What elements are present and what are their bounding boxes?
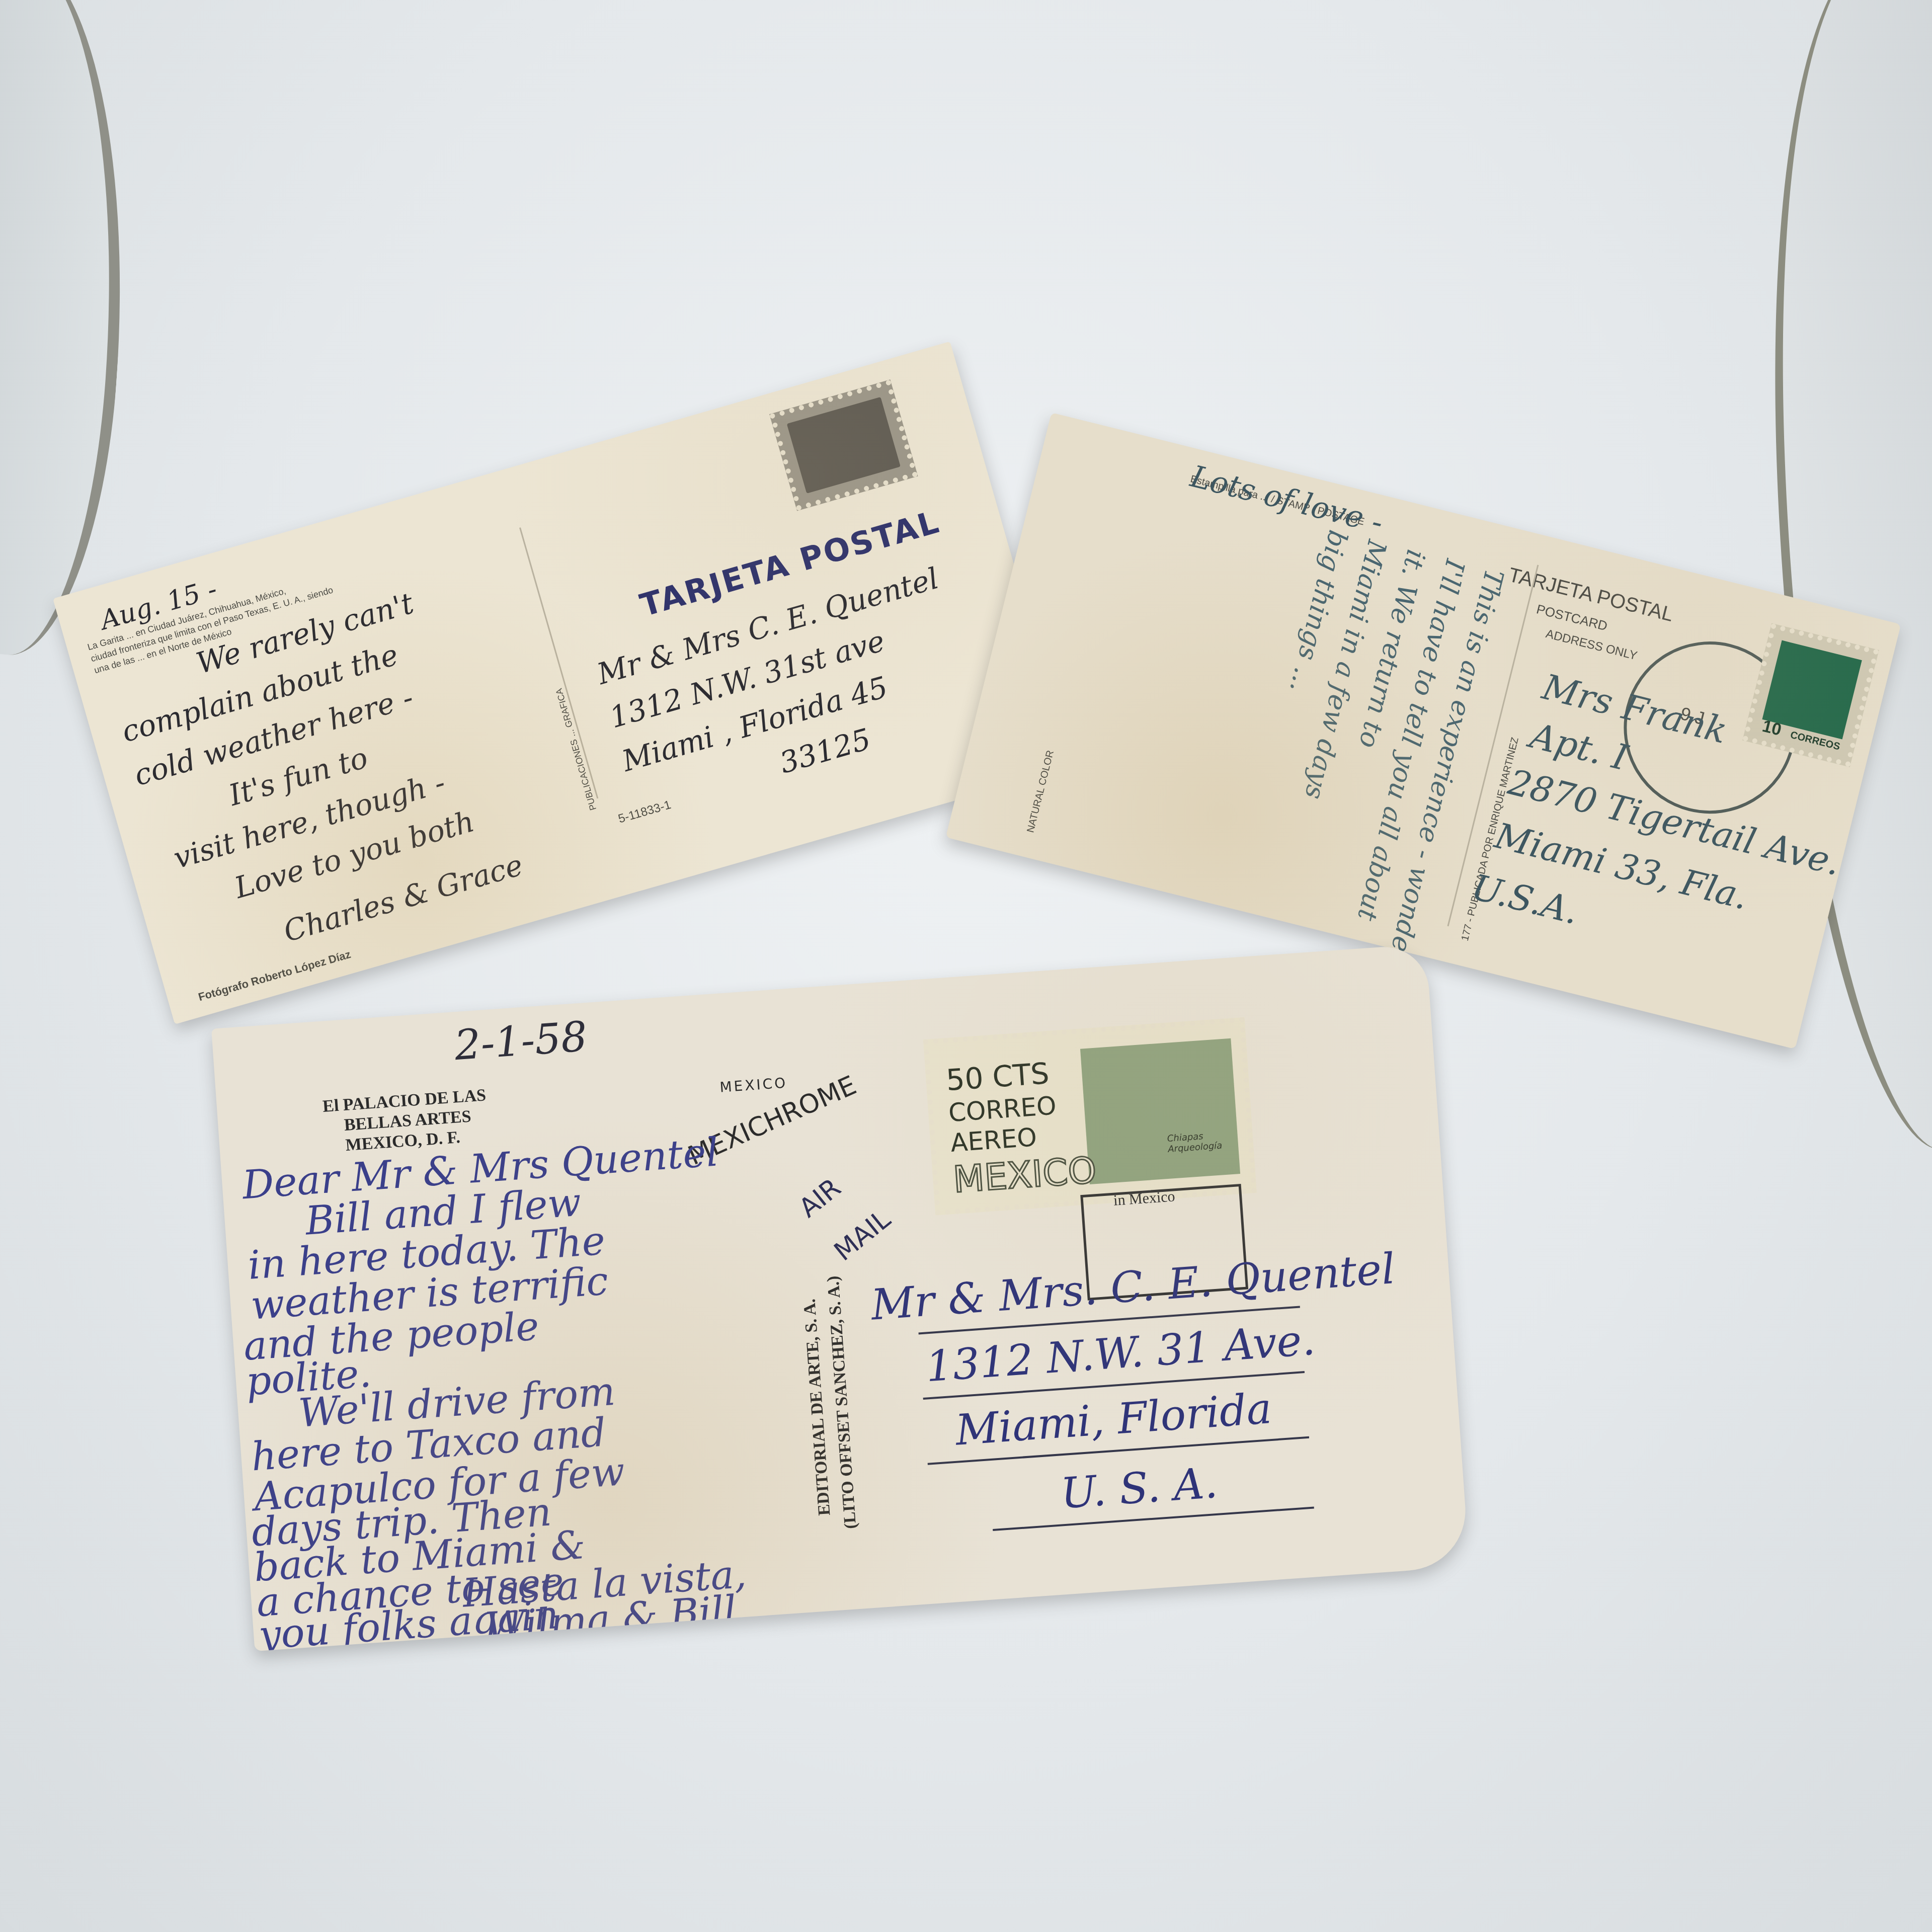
stamp-text: AEREO <box>949 1122 1037 1158</box>
address-country: U.S.A. <box>1468 866 1583 933</box>
photographer-credit: Fotógrafo Roberto López Díaz <box>197 948 352 1004</box>
backdrop-fold <box>0 0 146 661</box>
divider-line <box>519 527 598 798</box>
card-caption: El PALACIO DE LAS BELLAS ARTES MEXICO, D… <box>322 1085 490 1157</box>
card-code: 5-11833-1 <box>617 799 672 826</box>
stamp-country: MEXICO <box>952 1149 1098 1201</box>
address-line: 1312 N.W. 31 Ave. <box>924 1315 1317 1392</box>
stamp-text: CORREO <box>947 1091 1057 1128</box>
printed-in-label: in Mexico <box>1113 1188 1176 1209</box>
stamp-value: 50 CTS <box>945 1056 1050 1097</box>
stamp-portrait <box>1080 1038 1240 1184</box>
brand-logo-text: MEXICO <box>719 1074 788 1095</box>
airmail-label: AIR <box>793 1173 846 1224</box>
airmail-label: MAIL <box>829 1204 897 1267</box>
address-country: U. S. A. <box>1059 1458 1219 1518</box>
message-header: Lots of love - <box>1187 459 1387 541</box>
postage-stamp <box>769 379 918 511</box>
stamp-image <box>787 397 901 494</box>
postcard-charles-grace: La Garita ... en Ciudad Juárez, Chihuahu… <box>53 342 1072 1024</box>
postcard-mrs-frank: Estampilla para ... / STAMP / POSTAGE Lo… <box>946 413 1901 1049</box>
message-date: 2-1-58 <box>453 1013 589 1070</box>
postage-stamp: 10 CORREOS <box>1742 623 1879 767</box>
postcard-wilma-bill: 2-1-58 El PALACIO DE LAS BELLAS ARTES ME… <box>211 944 1470 1651</box>
address-only-label: ADDRESS ONLY <box>1544 627 1639 663</box>
publisher-print: PUBLICACIONES ... GRAFICA <box>553 687 599 812</box>
stamp-value: 10 <box>1760 716 1784 740</box>
postage-stamp: 50 CTS CORREO AEREO MEXICO Chiapas Arque… <box>923 1017 1257 1216</box>
side-print: NATURAL COLOR <box>1025 749 1057 834</box>
